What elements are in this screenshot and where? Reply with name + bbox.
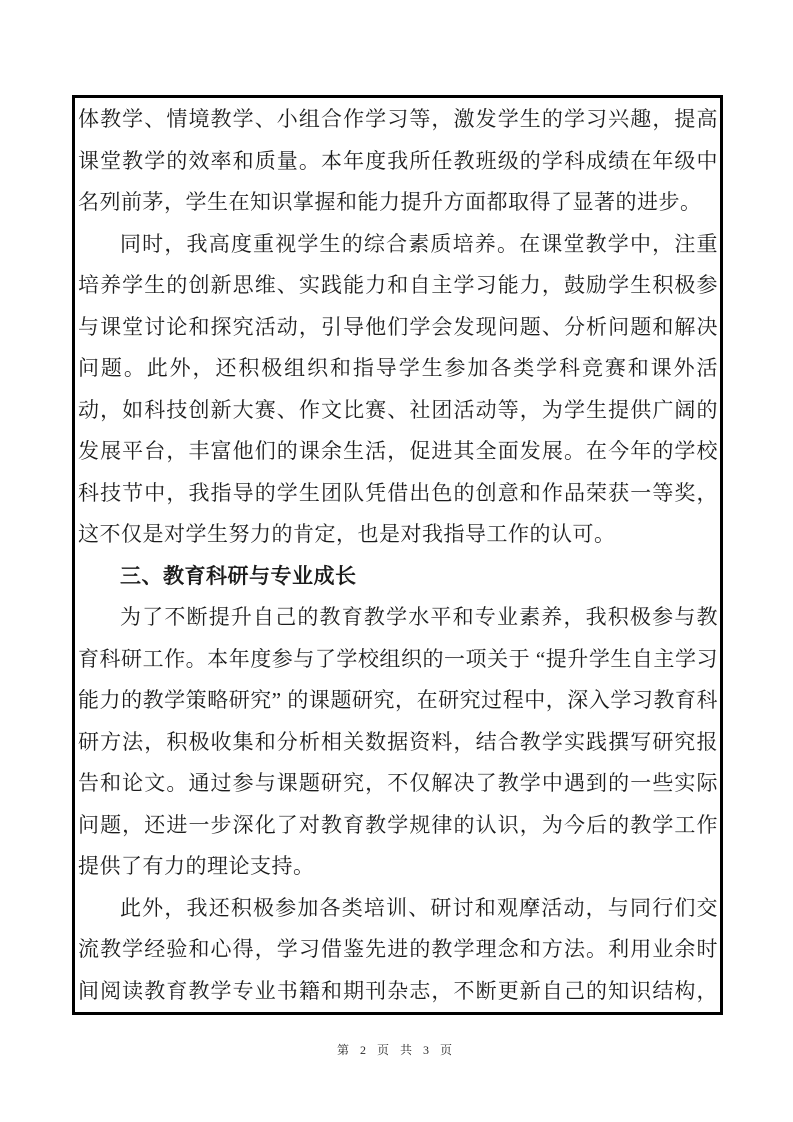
body-paragraph: 此外，我还积极参加各类培训、研讨和观摩活动，与同行们交流教学经验和心得，学习借鉴… <box>78 888 718 1016</box>
page-number-footer: 第 2 页 共 3 页 <box>0 1041 793 1058</box>
body-paragraph: 体教学、情境教学、小组合作学习等，激发学生的学习兴趣，提高课堂教学的效率和质量。… <box>78 99 718 224</box>
section-heading: 三、教育科研与专业成长 <box>78 556 718 598</box>
document-border-frame: 体教学、情境教学、小组合作学习等，激发学生的学习兴趣，提高课堂教学的效率和质量。… <box>72 95 723 1015</box>
document-page: { "page": { "background": "#ffffff", "bo… <box>0 0 793 1122</box>
body-paragraph: 为了不断提升自己的教育教学水平和专业素养，我积极参与教育科研工作。本年度参与了学… <box>78 597 718 888</box>
document-body: 体教学、情境教学、小组合作学习等，激发学生的学习兴趣，提高课堂教学的效率和质量。… <box>78 99 718 1015</box>
body-paragraph: 同时，我高度重视学生的综合素质培养。在课堂教学中，注重培养学生的创新思维、实践能… <box>78 224 718 556</box>
